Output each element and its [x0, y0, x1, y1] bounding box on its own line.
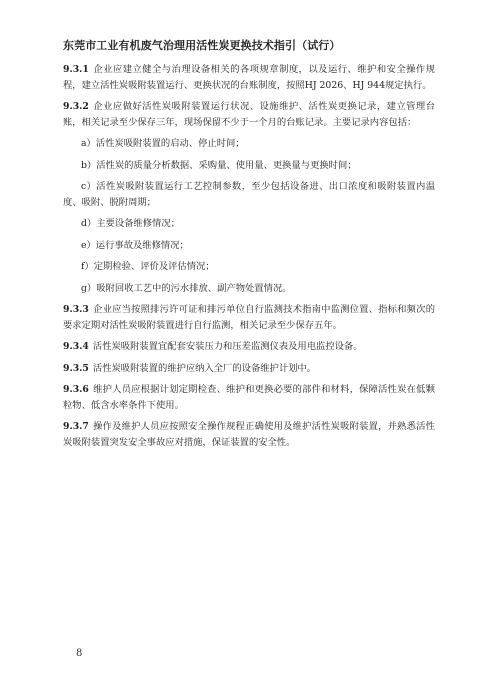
clause-9-3-3: 9.3.3企业应当按照排污许可证和排污单位自行监测技术指南中监测位置、指标和频次… — [63, 302, 435, 333]
clause-text: 操作及维护人员应按照安全操作规程正确使用及维护活性炭吸附装置，并熟悉活性炭吸附装… — [63, 421, 435, 448]
clause-9-3-5: 9.3.5活性炭吸附装置的维护应纳入全厂的设备维护计划中。 — [63, 361, 435, 377]
clause-number: 9.3.4 — [63, 341, 89, 352]
clause-9-3-2: 9.3.2企业应做好活性炭吸附装置运行状况、设施维护、活性炭更换记录，建立管理台… — [63, 99, 435, 130]
list-item-g: g）吸附回收工艺中的污水排放、副产物处置情况。 — [63, 281, 435, 297]
clause-number: 9.3.3 — [63, 304, 89, 315]
list-item-b: b）活性炭的质量分析数据、采购量、使用量、更换量与更换时间； — [63, 158, 435, 174]
clause-text: 企业应当按照排污许可证和排污单位自行监测技术指南中监测位置、指标和频次的要求定期… — [63, 304, 435, 331]
clause-text: 企业应做好活性炭吸附装置运行状况、设施维护、活性炭更换记录，建立管理台账，相关记… — [63, 101, 435, 128]
clause-text: 企业应建立健全与治理设备相关的各项规章制度，以及运行、维护和安全操作规程，建立活… — [63, 64, 435, 91]
clause-number: 9.3.5 — [63, 363, 89, 374]
clause-text: 活性炭吸附装置宜配套安装压力和压差监测仪表及用电监控设备。 — [93, 341, 363, 352]
page-number: 8 — [76, 648, 82, 659]
clause-text: 维护人员应根据计划定期检查、维护和更换必要的部件和材料，保障活性炭在低颗粒物、低… — [63, 384, 435, 411]
clause-9-3-6: 9.3.6维护人员应根据计划定期检查、维护和更换必要的部件和材料，保障活性炭在低… — [63, 382, 435, 413]
clause-9-3-1: 9.3.1企业应建立健全与治理设备相关的各项规章制度，以及运行、维护和安全操作规… — [63, 62, 435, 93]
document-header: 东莞市工业有机废气治理用活性炭更换技术指引（试行） — [63, 37, 341, 53]
document-body: 9.3.1企业应建立健全与治理设备相关的各项规章制度，以及运行、维护和安全操作规… — [63, 62, 435, 456]
clause-number: 9.3.7 — [63, 421, 89, 432]
clause-text: 活性炭吸附装置的维护应纳入全厂的设备维护计划中。 — [93, 363, 316, 374]
list-item-d: d）主要设备维修情况； — [63, 216, 435, 232]
list-item-f: f）定期检验、评价及评估情况； — [63, 259, 435, 275]
list-item-a: a）活性炭吸附装置的启动、停止时间； — [63, 136, 435, 152]
clause-number: 9.3.1 — [63, 64, 89, 75]
clause-9-3-7: 9.3.7操作及维护人员应按照安全操作规程正确使用及维护活性炭吸附装置，并熟悉活… — [63, 419, 435, 450]
list-item-c: c）活性炭吸附装置运行工艺控制参数，至少包括设备进、出口浓度和吸附装置内温度、吸… — [63, 179, 435, 210]
clause-9-3-4: 9.3.4活性炭吸附装置宜配套安装压力和压差监测仪表及用电监控设备。 — [63, 339, 435, 355]
clause-number: 9.3.2 — [63, 101, 89, 112]
list-item-e: e）运行事故及维修情况； — [63, 238, 435, 254]
clause-number: 9.3.6 — [63, 384, 89, 395]
